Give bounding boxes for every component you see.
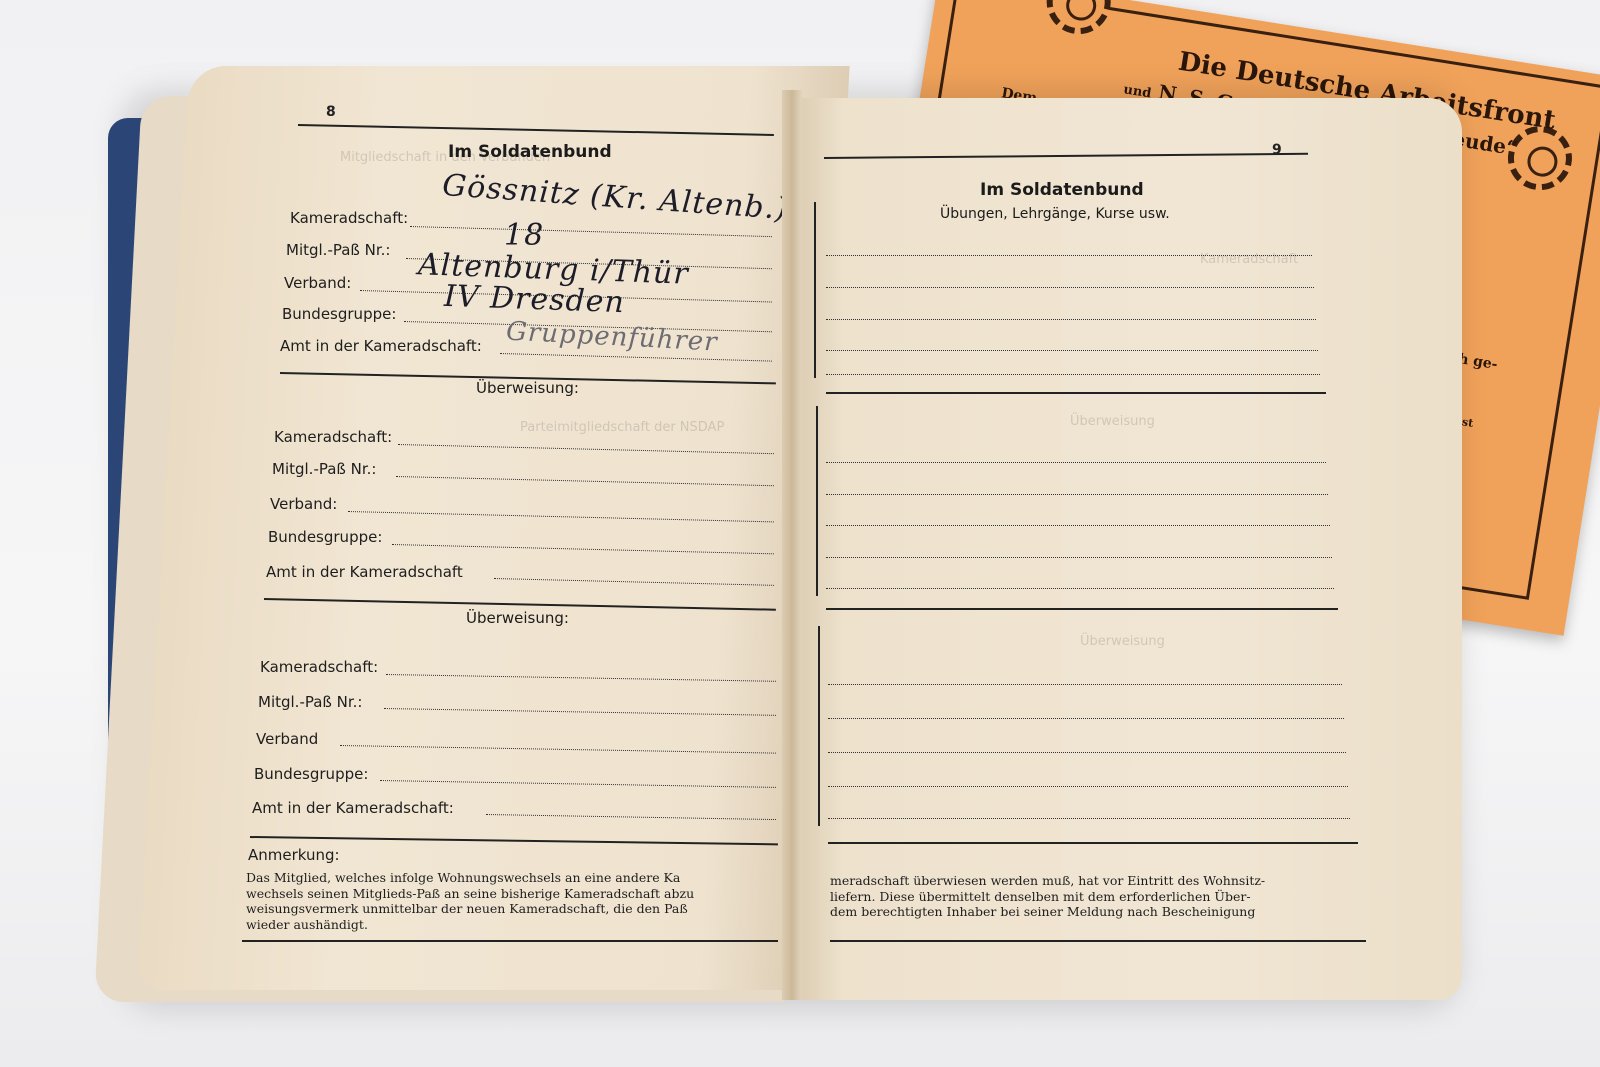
bracket-line [814,202,822,378]
note-line: wieder aushändigt. [246,917,786,933]
note-line: liefern. Diese übermittelt denselben mit… [830,889,1370,905]
section-rule [828,842,1358,844]
photo-scene: Die Deutsche Arbeitsfront und N. S. Gem.… [0,0,1600,1067]
field-label-pass-nr: Mitgl.-Paß Nr.: [258,693,362,711]
note-text: Das Mitglied, welches infolge Wohnungswe… [246,870,786,932]
show-through-text: Parteimitgliedschaft der NSDAP [520,420,724,435]
bracket-line [816,406,824,596]
entry-line [828,786,1348,787]
entry-line [828,752,1346,753]
field-label-amt: Amt in der Kameradschaft: [280,337,482,355]
handwritten-bundesgruppe: IV Dresden [443,279,625,320]
entry-line [826,462,1326,463]
field-label-kameradschaft: Kameradschaft: [290,209,408,227]
field-label-verband: Verband [256,730,318,748]
bracket-line [818,626,826,826]
field-label-kameradschaft: Kameradschaft: [260,658,378,676]
page-number-right: 9 [1272,142,1282,158]
note-line: dem berechtigten Inhaber bei seiner Meld… [830,904,1370,920]
field-label-pass-nr: Mitgl.-Paß Nr.: [272,460,376,478]
field-label-kameradschaft: Kameradschaft: [274,428,392,446]
entry-line [828,684,1342,685]
entry-line [826,557,1332,558]
section-rule [826,608,1338,610]
section-rule [826,392,1326,394]
field-label-verband: Verband: [270,495,337,513]
right-page [790,98,1462,1000]
entry-line [826,494,1328,495]
transfer-2-title: Überweisung: [466,609,569,627]
left-section-title: Im Soldatenbund [448,142,612,162]
book-gutter [782,90,802,1000]
field-label-amt: Amt in der Kameradschaft [266,563,463,581]
note-line: weisungsvermerk unmittelbar der neuen Ka… [246,901,786,917]
field-label-pass-nr: Mitgl.-Paß Nr.: [286,241,390,259]
bottom-rule [830,940,1366,942]
entry-line [826,350,1318,351]
entry-line [826,525,1330,526]
note-title: Anmerkung: [248,846,340,864]
note-line: meradschaft überwiesen werden muß, hat v… [830,873,1370,889]
handwritten-pass-nr: 18 [504,218,544,253]
entry-line [826,287,1314,288]
field-label-amt: Amt in der Kameradschaft: [252,799,454,817]
bottom-rule [242,940,778,942]
entry-line [828,718,1344,719]
transfer-1-title: Überweisung: [476,379,579,397]
entry-line [826,255,1312,256]
right-section-subtitle: Übungen, Lehrgänge, Kurse usw. [940,206,1170,222]
note-line: Das Mitglied, welches infolge Wohnungswe… [246,870,786,886]
entry-line [826,588,1334,589]
page-number-left: 8 [326,104,336,120]
right-section-title: Im Soldatenbund [980,180,1144,200]
field-label-verband: Verband: [284,274,351,292]
field-label-bundesgruppe: Bundesgruppe: [254,765,368,783]
show-through-text: Überweisung [1080,634,1165,649]
entry-line [828,818,1350,819]
show-through-text: Überweisung [1070,414,1155,429]
note-line: wechsels seinen Mitglieds-Paß an seine b… [246,886,786,902]
entry-line [826,319,1316,320]
field-label-bundesgruppe: Bundesgruppe: [282,305,396,323]
entry-line [826,374,1320,375]
field-label-bundesgruppe: Bundesgruppe: [268,528,382,546]
right-note-text: meradschaft überwiesen werden muß, hat v… [830,873,1370,920]
